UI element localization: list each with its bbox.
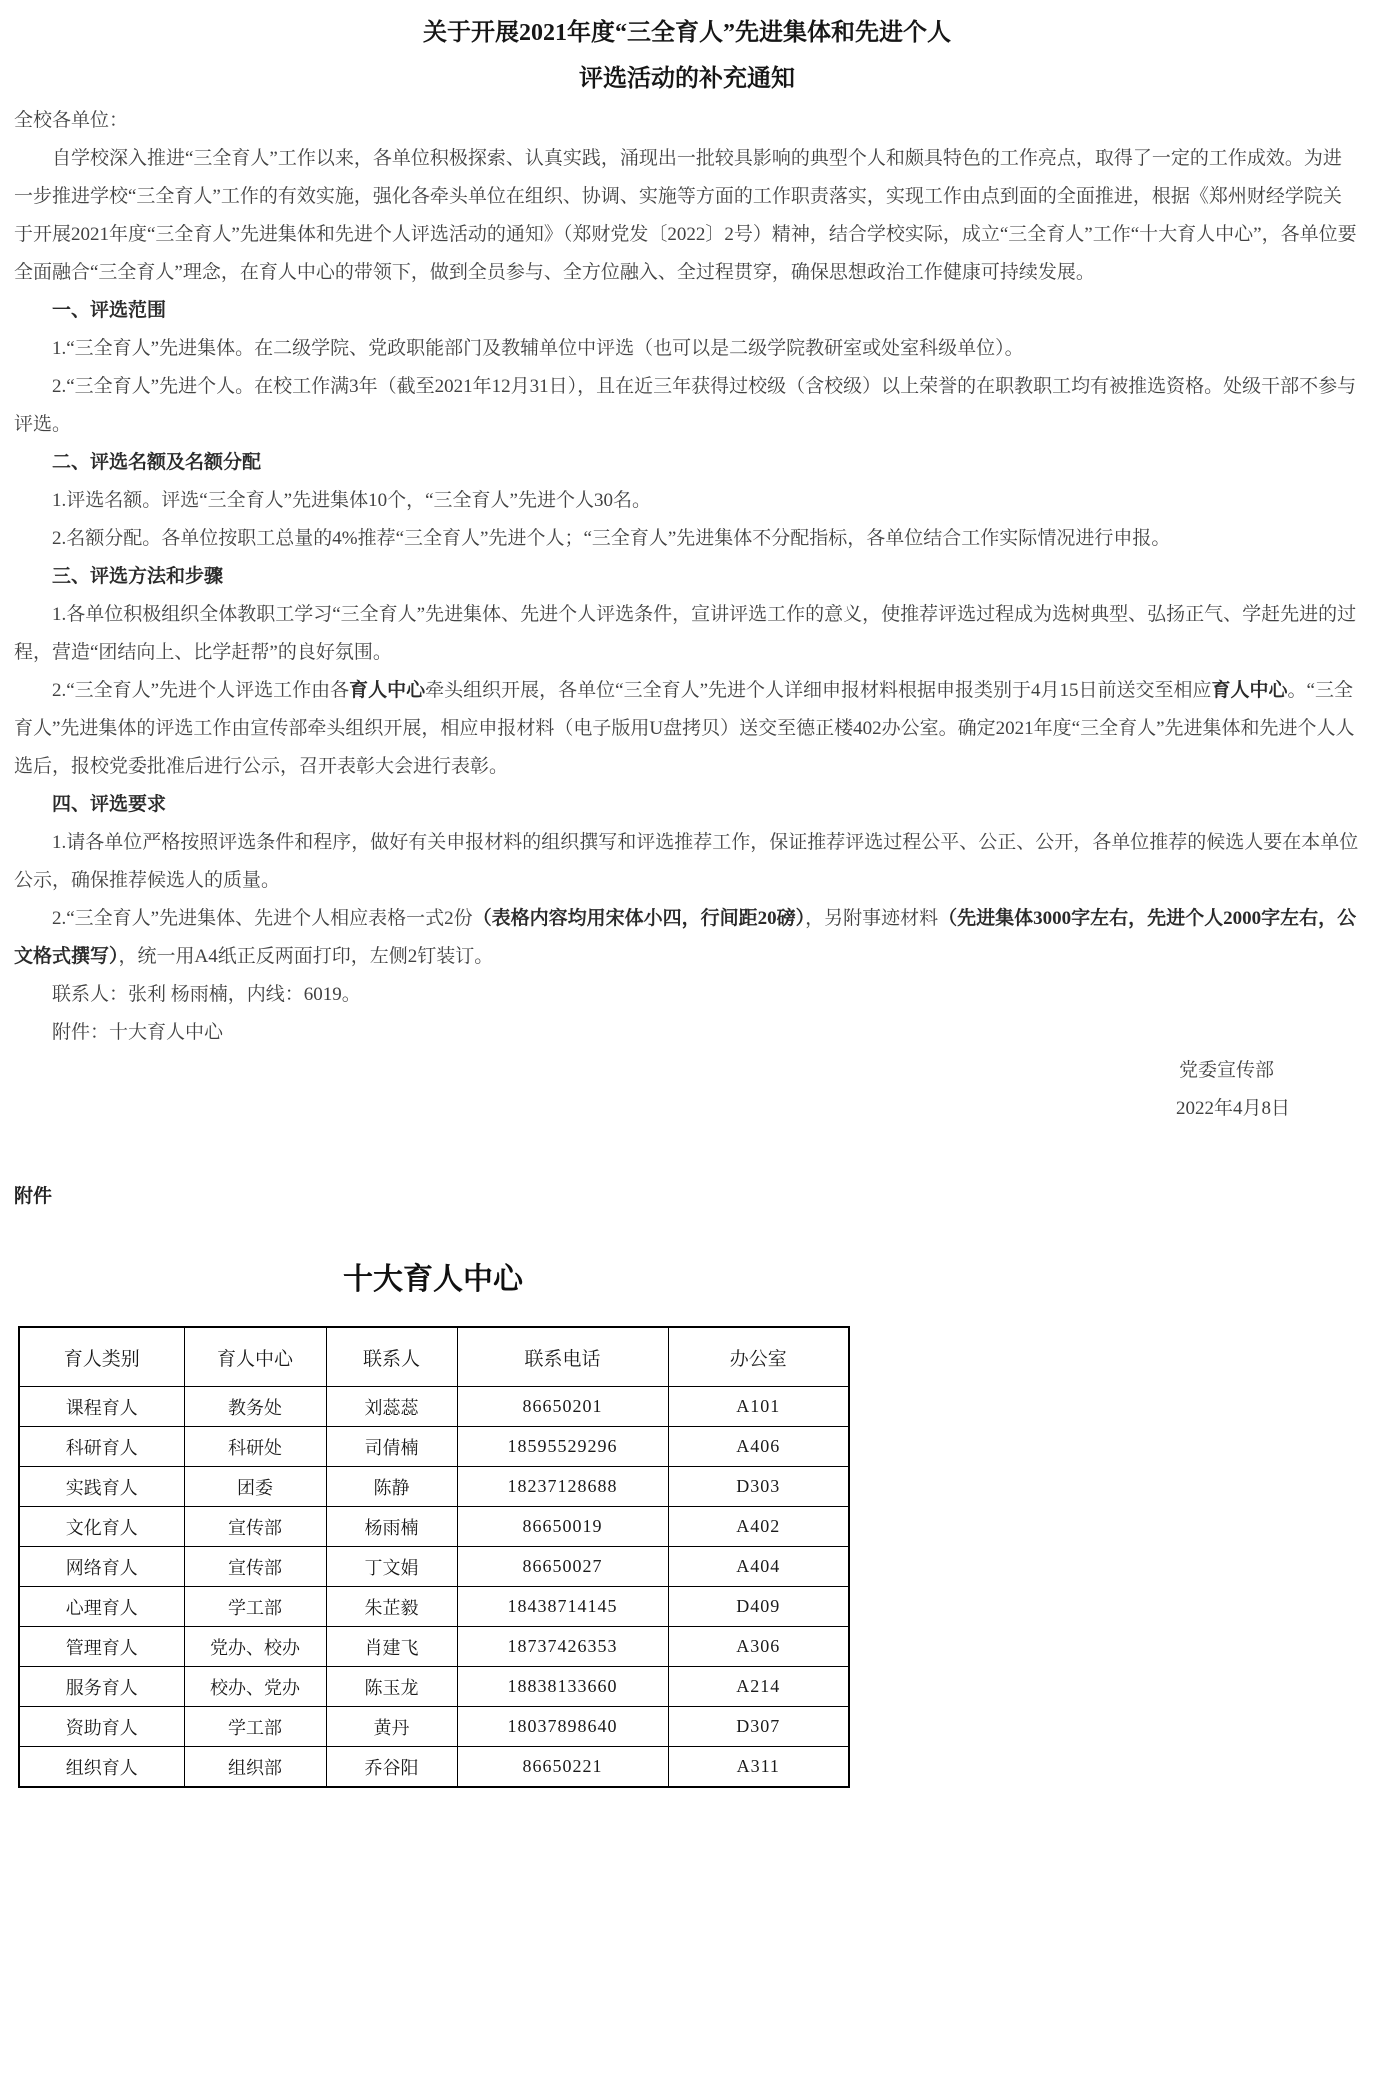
table-cell: 黄丹 (326, 1707, 457, 1747)
table-cell: A306 (668, 1627, 849, 1667)
table-cell: 宣传部 (184, 1507, 326, 1547)
yuren-center-bold: 育人中心 (349, 680, 425, 701)
section1-item1: 1.“三全育人”先进集体。在二级学院、党政职能部门及教辅单位中评选（也可以是二级… (14, 330, 1360, 368)
table-header-row: 育人类别 育人中心 联系人 联系电话 办公室 (19, 1327, 849, 1387)
header-category: 育人类别 (19, 1327, 184, 1387)
header-contact: 联系人 (326, 1327, 457, 1387)
table-row: 课程育人 教务处 刘蕊蕊 86650201 A101 (19, 1387, 849, 1427)
table-cell: 校办、党办 (184, 1667, 326, 1707)
contact-line: 联系人：张利 杨雨楠，内线：6019。 (14, 976, 1360, 1014)
signer: 党委宣传部 (14, 1052, 1360, 1090)
table-cell: D409 (668, 1587, 849, 1627)
notice-document: 关于开展2021年度“三全育人”先进集体和先进个人 评选活动的补充通知 全校各单… (0, 0, 1374, 1788)
table-row: 心理育人 学工部 朱芷毅 18438714145 D409 (19, 1587, 849, 1627)
table-cell: 资助育人 (19, 1707, 184, 1747)
document-page: { "doc": { "title_line1": "关于开展2021年度“三全… (0, 0, 1374, 2084)
table-cell: D307 (668, 1707, 849, 1747)
table-cell: 文化育人 (19, 1507, 184, 1547)
format-requirement-bold: （表格内容均用宋体小四，行间距20磅） (473, 908, 806, 929)
table-cell: 实践育人 (19, 1467, 184, 1507)
section3-item2-text: 2.“三全育人”先进个人评选工作由各 (52, 680, 349, 701)
table-cell: 学工部 (184, 1587, 326, 1627)
table-row: 网络育人 宣传部 丁文娟 86650027 A404 (19, 1547, 849, 1587)
header-center: 育人中心 (184, 1327, 326, 1387)
table-cell: 朱芷毅 (326, 1587, 457, 1627)
table-cell: 党办、校办 (184, 1627, 326, 1667)
table-cell: D303 (668, 1467, 849, 1507)
table-cell: 组织育人 (19, 1747, 184, 1788)
document-title: 关于开展2021年度“三全育人”先进集体和先进个人 评选活动的补充通知 (14, 10, 1360, 102)
attachment-label: 附件 (14, 1178, 1360, 1216)
table-row: 资助育人 学工部 黄丹 18037898640 D307 (19, 1707, 849, 1747)
section3-item1: 1.各单位积极组织全体教职工学习“三全育人”先进集体、先进个人评选条件，宣讲评选… (14, 596, 1360, 672)
table-cell: 教务处 (184, 1387, 326, 1427)
table-cell: A404 (668, 1547, 849, 1587)
table-cell: 网络育人 (19, 1547, 184, 1587)
section3-item2-text: 牵头组织开展，各单位“三全育人”先进个人详细申报材料根据申报类别于4月15日前送… (425, 680, 1211, 701)
attachment-table-title: 十大育人中心 (18, 1254, 848, 1298)
table-cell: 86650019 (457, 1507, 668, 1547)
table-row: 实践育人 团委 陈静 18237128688 D303 (19, 1467, 849, 1507)
table-cell: 心理育人 (19, 1587, 184, 1627)
document-title-line2: 评选活动的补充通知 (14, 56, 1360, 102)
document-title-line1: 关于开展2021年度“三全育人”先进集体和先进个人 (14, 10, 1360, 56)
intro-paragraph: 自学校深入推进“三全育人”工作以来，各单位积极探索、认真实践，涌现出一批较具影响… (14, 140, 1360, 292)
section4-item2-text: ，统一用A4纸正反两面打印，左侧2钉装订。 (119, 946, 494, 967)
section1-heading: 一、评选范围 (14, 292, 1360, 330)
sign-date: 2022年4月8日 (14, 1090, 1360, 1128)
table-cell: 86650221 (457, 1747, 668, 1788)
table-cell: 科研育人 (19, 1427, 184, 1467)
table-cell: 18037898640 (457, 1707, 668, 1747)
table-cell: 陈静 (326, 1467, 457, 1507)
section2-heading: 二、评选名额及名额分配 (14, 444, 1360, 482)
section2-item1: 1.评选名额。评选“三全育人”先进集体10个，“三全育人”先进个人30名。 (14, 482, 1360, 520)
attachment-note: 附件：十大育人中心 (14, 1014, 1360, 1052)
table-cell: 18237128688 (457, 1467, 668, 1507)
table-cell: 18438714145 (457, 1587, 668, 1627)
table-cell: 18595529296 (457, 1427, 668, 1467)
table-cell: 刘蕊蕊 (326, 1387, 457, 1427)
table-cell: 18737426353 (457, 1627, 668, 1667)
table-row: 管理育人 党办、校办 肖建飞 18737426353 A306 (19, 1627, 849, 1667)
document-body: 全校各单位： 自学校深入推进“三全育人”工作以来，各单位积极探索、认真实践，涌现… (14, 102, 1360, 1128)
table-cell: 服务育人 (19, 1667, 184, 1707)
yuren-center-bold: 育人中心 (1212, 680, 1288, 701)
table-cell: 乔谷阳 (326, 1747, 457, 1788)
section1-item2: 2.“三全育人”先进个人。在校工作满3年（截至2021年12月31日），且在近三… (14, 368, 1360, 444)
table-cell: 学工部 (184, 1707, 326, 1747)
table-cell: A402 (668, 1507, 849, 1547)
table-cell: 团委 (184, 1467, 326, 1507)
section3-heading: 三、评选方法和步骤 (14, 558, 1360, 596)
section4-item2: 2.“三全育人”先进集体、先进个人相应表格一式2份（表格内容均用宋体小四，行间距… (14, 900, 1360, 976)
salutation: 全校各单位： (14, 102, 1360, 140)
table-cell: 管理育人 (19, 1627, 184, 1667)
table-cell: 杨雨楠 (326, 1507, 457, 1547)
section4-item2-text: 2.“三全育人”先进集体、先进个人相应表格一式2份 (52, 908, 473, 929)
table-cell: 86650027 (457, 1547, 668, 1587)
table-cell: 肖建飞 (326, 1627, 457, 1667)
table-row: 文化育人 宣传部 杨雨楠 86650019 A402 (19, 1507, 849, 1547)
table-cell: 宣传部 (184, 1547, 326, 1587)
table-cell: 陈玉龙 (326, 1667, 457, 1707)
yuren-centers-table: 育人类别 育人中心 联系人 联系电话 办公室 课程育人 教务处 刘蕊蕊 8665… (18, 1326, 850, 1788)
table-cell: A311 (668, 1747, 849, 1788)
table-cell: 18838133660 (457, 1667, 668, 1707)
table-cell: 丁文娟 (326, 1547, 457, 1587)
table-row: 科研育人 科研处 司倩楠 18595529296 A406 (19, 1427, 849, 1467)
table-cell: A101 (668, 1387, 849, 1427)
header-phone: 联系电话 (457, 1327, 668, 1387)
table-cell: 组织部 (184, 1747, 326, 1788)
section4-item2-text: ，另附事迹材料 (805, 908, 938, 929)
table-cell: 司倩楠 (326, 1427, 457, 1467)
header-office: 办公室 (668, 1327, 849, 1387)
table-cell: 科研处 (184, 1427, 326, 1467)
table-row: 服务育人 校办、党办 陈玉龙 18838133660 A214 (19, 1667, 849, 1707)
table-cell: A406 (668, 1427, 849, 1467)
table-cell: 86650201 (457, 1387, 668, 1427)
table-row: 组织育人 组织部 乔谷阳 86650221 A311 (19, 1747, 849, 1788)
table-cell: 课程育人 (19, 1387, 184, 1427)
section3-item2: 2.“三全育人”先进个人评选工作由各育人中心牵头组织开展，各单位“三全育人”先进… (14, 672, 1360, 786)
section4-item1: 1.请各单位严格按照评选条件和程序，做好有关申报材料的组织撰写和评选推荐工作，保… (14, 824, 1360, 900)
section4-heading: 四、评选要求 (14, 786, 1360, 824)
section2-item2: 2.名额分配。各单位按职工总量的4%推荐“三全育人”先进个人；“三全育人”先进集… (14, 520, 1360, 558)
table-cell: A214 (668, 1667, 849, 1707)
